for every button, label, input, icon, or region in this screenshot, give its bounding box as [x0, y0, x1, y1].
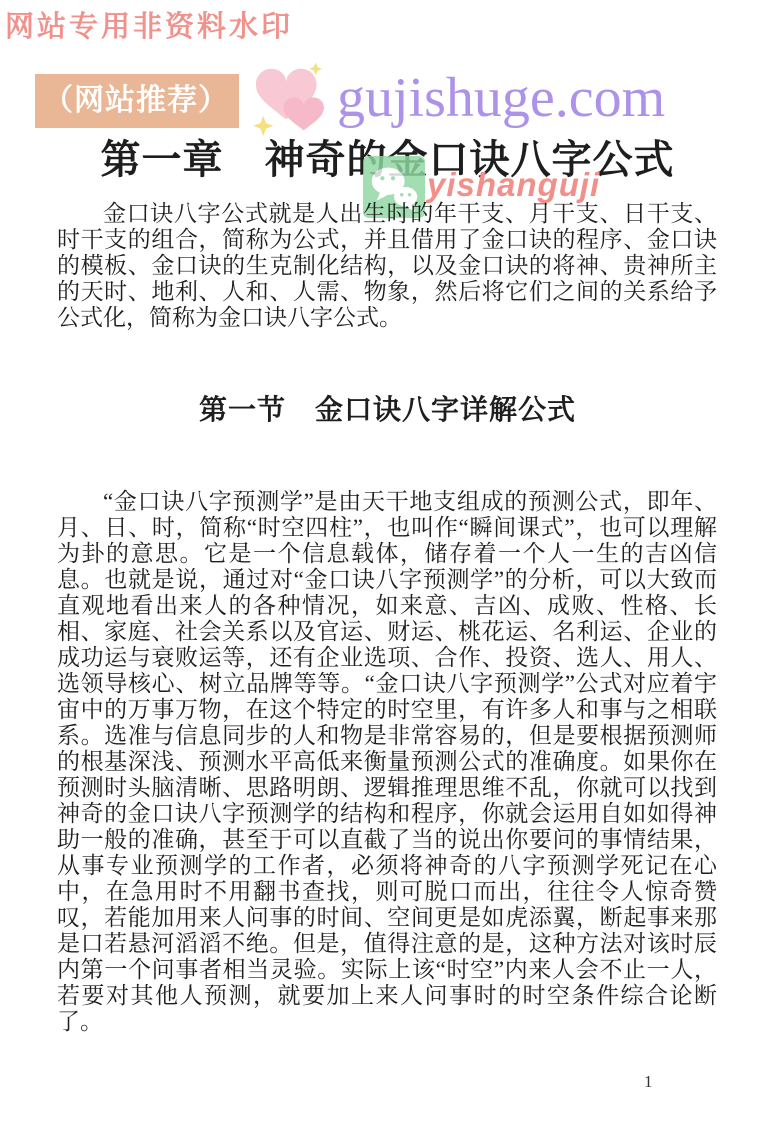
- site-name-text: gujishuge.com: [337, 70, 665, 126]
- site-recommend-badge: （网站推荐）: [35, 74, 239, 128]
- intro-paragraph: 金口诀八字公式就是人出生时的年干支、月干支、日干支、时干支的组合，简称为公式，并…: [57, 201, 717, 331]
- section-title: 第一节 金口诀八字详解公式: [0, 388, 775, 428]
- wechat-id-text: yishanguji: [427, 168, 600, 201]
- page-number: 1: [644, 1072, 653, 1092]
- top-watermark-text: 网站专用非资料水印: [5, 4, 293, 45]
- body-paragraph: “金口诀八字预测学”是由天干地支组成的预测公式，即年、月、日、时，简称“时空四柱…: [57, 489, 717, 1035]
- document-page: 网站专用非资料水印 （网站推荐） gujishuge.com 第一章 神奇的金口…: [0, 0, 775, 1140]
